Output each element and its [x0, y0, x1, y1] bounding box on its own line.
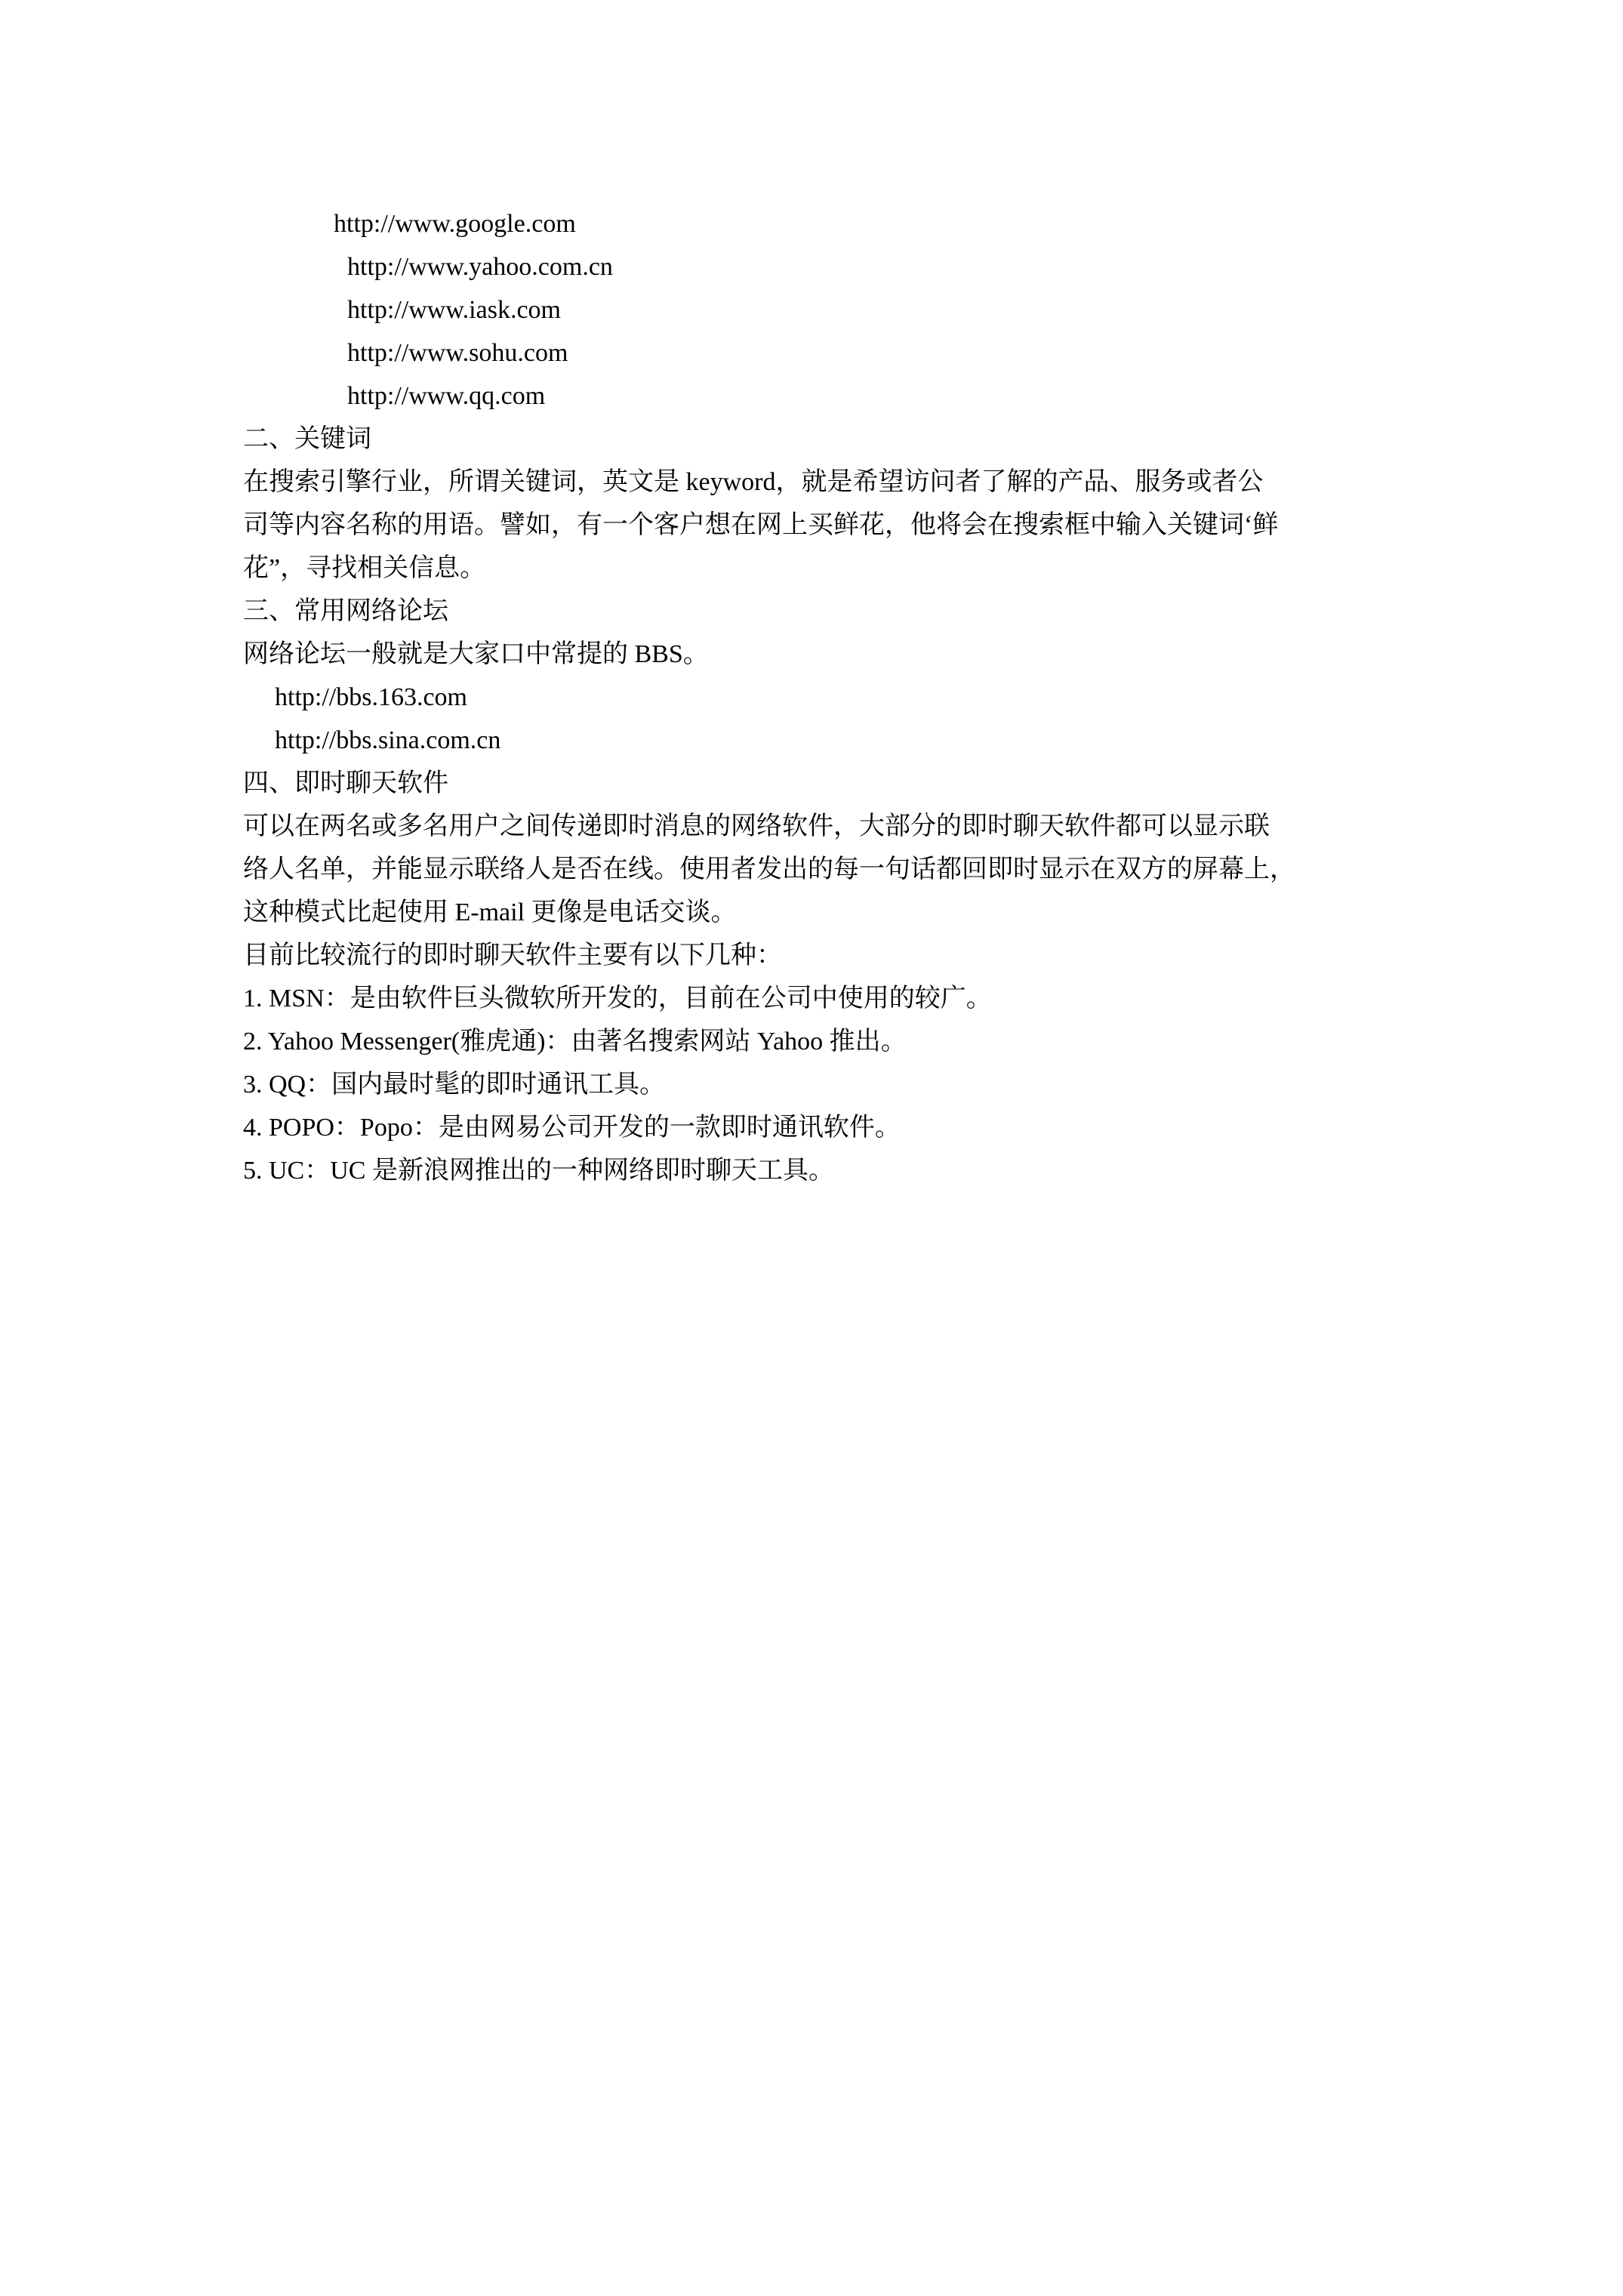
im-paragraph: 可以在两名或多名用户之间传递即时消息的网络软件，大部分的即时聊天软件都可以显示联… [243, 805, 1390, 934]
paragraph-line: 花”，寻找相关信息。 [243, 547, 1390, 590]
section-instant-messaging: 四、即时聊天软件 可以在两名或多名用户之间传递即时消息的网络软件，大部分的即时聊… [243, 762, 1421, 1192]
url-yahoo: http://www.yahoo.com.cn [243, 245, 1421, 288]
im-software-list: 1. MSN：是由软件巨头微软所开发的，目前在公司中使用的较广。 2. Yaho… [243, 977, 1421, 1192]
list-item-popo: 4. POPO：Popo：是由网易公司开发的一款即时通讯软件。 [243, 1106, 1421, 1149]
keywords-paragraph: 在搜索引擎行业，所谓关键词，英文是 keyword，就是希望访问者了解的产品、服… [243, 461, 1390, 590]
im-list-intro: 目前比较流行的即时聊天软件主要有以下几种： [243, 934, 1421, 977]
document-page: http://www.google.com http://www.yahoo.c… [243, 202, 1421, 1192]
paragraph-line: 这种模式比起使用 E-mail 更像是电话交谈。 [243, 891, 1390, 934]
paragraph-line: 司等内容名称的用语。譬如，有一个客户想在网上买鲜花，他将会在搜索框中输入关键词‘… [243, 504, 1390, 547]
section-heading-keywords: 二、关键词 [243, 418, 1421, 461]
url-bbs-sina: http://bbs.sina.com.cn [243, 719, 1421, 762]
url-qq: http://www.qq.com [243, 374, 1421, 418]
url-bbs-163: http://bbs.163.com [243, 676, 1421, 719]
section-heading-im: 四、即时聊天软件 [243, 762, 1421, 805]
section-keywords: 二、关键词 在搜索引擎行业，所谓关键词，英文是 keyword，就是希望访问者了… [243, 418, 1421, 590]
forums-intro: 网络论坛一般就是大家口中常提的 BBS。 [243, 633, 1421, 676]
url-iask: http://www.iask.com [243, 288, 1421, 331]
search-engine-url-list: http://www.google.com http://www.yahoo.c… [243, 202, 1421, 418]
list-item-uc: 5. UC：UC 是新浪网推出的一种网络即时聊天工具。 [243, 1149, 1421, 1192]
section-forums: 三、常用网络论坛 网络论坛一般就是大家口中常提的 BBS。 http://bbs… [243, 590, 1421, 762]
url-sohu: http://www.sohu.com [243, 331, 1421, 374]
paragraph-line: 可以在两名或多名用户之间传递即时消息的网络软件，大部分的即时聊天软件都可以显示联 [243, 805, 1390, 848]
list-item-msn: 1. MSN：是由软件巨头微软所开发的，目前在公司中使用的较广。 [243, 977, 1421, 1020]
paragraph-line: 络人名单，并能显示联络人是否在线。使用者发出的每一句话都回即时显示在双方的屏幕上… [243, 848, 1390, 891]
list-item-yahoo-messenger: 2. Yahoo Messenger(雅虎通)：由著名搜索网站 Yahoo 推出… [243, 1020, 1421, 1063]
section-heading-forums: 三、常用网络论坛 [243, 590, 1421, 633]
paragraph-line: 在搜索引擎行业，所谓关键词，英文是 keyword，就是希望访问者了解的产品、服… [243, 461, 1390, 504]
list-item-qq: 3. QQ：国内最时髦的即时通讯工具。 [243, 1063, 1421, 1106]
url-google: http://www.google.com [243, 202, 1421, 245]
